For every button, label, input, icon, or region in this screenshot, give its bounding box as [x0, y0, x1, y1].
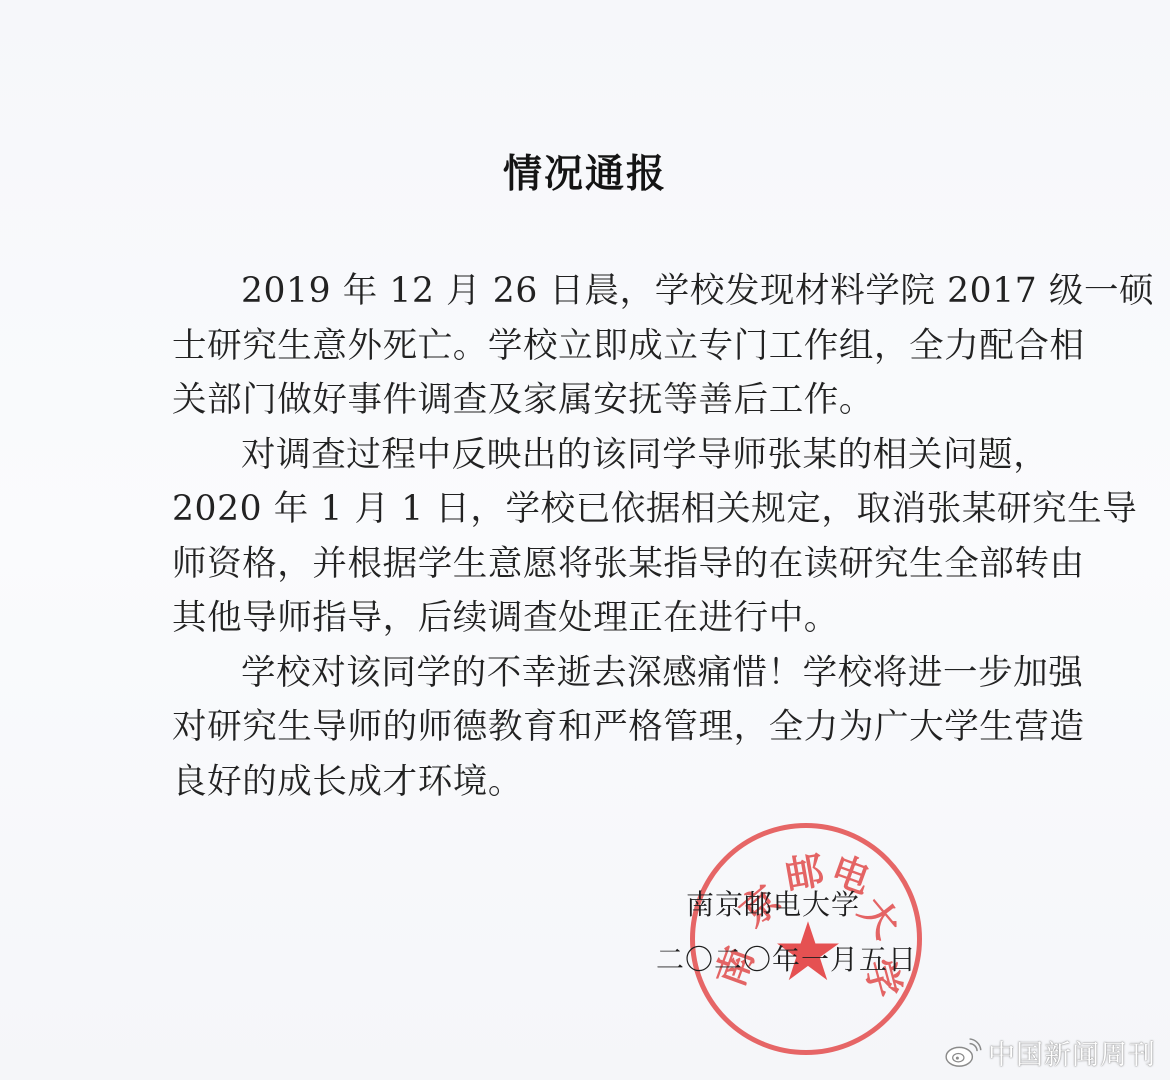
document-body: 2019 年 12 月 26 日晨，学校发现材料学院 2017 级一硕 士研究生…: [172, 264, 1000, 809]
text-line: 对调查过程中反映出的该同学导师张某的相关问题，: [172, 428, 1000, 483]
paragraph-1: 2019 年 12 月 26 日晨，学校发现材料学院 2017 级一硕 士研究生…: [172, 264, 1000, 428]
text-line: 其他导师指导，后续调查处理正在进行中。: [172, 591, 1000, 646]
document-title: 情况通报: [0, 146, 1170, 202]
signature-date: 二〇二〇年一月五日: [656, 938, 956, 978]
text-line: 2020 年 1 月 1 日，学校已依据相关规定，取消张某研究生导: [172, 482, 1000, 537]
text-line: 关部门做好事件调查及家属安抚等善后工作。: [172, 373, 1000, 428]
watermark: 中国新闻周刊: [944, 1033, 1156, 1072]
watermark-text: 中国新闻周刊: [988, 1033, 1156, 1072]
signature-organization: 南京邮电大学: [686, 883, 986, 923]
paragraph-3: 学校对该同学的不幸逝去深感痛惜！学校将进一步加强 对研究生导师的师德教育和严格管…: [172, 646, 1000, 810]
text-line: 师资格，并根据学生意愿将张某指导的在读研究生全部转由: [172, 537, 1000, 592]
text-line: 对研究生导师的师德教育和严格管理，全力为广大学生营造: [172, 700, 1000, 755]
document-page: 情况通报 2019 年 12 月 26 日晨，学校发现材料学院 2017 级一硕…: [0, 0, 1170, 1080]
paragraph-2: 对调查过程中反映出的该同学导师张某的相关问题， 2020 年 1 月 1 日，学…: [172, 428, 1000, 646]
text-line: 学校对该同学的不幸逝去深感痛惜！学校将进一步加强: [172, 646, 1000, 701]
text-line: 2019 年 12 月 26 日晨，学校发现材料学院 2017 级一硕: [172, 264, 1000, 319]
weibo-icon: [944, 1038, 982, 1068]
text-line: 良好的成长成才环境。: [172, 755, 1000, 810]
text-line: 士研究生意外死亡。学校立即成立专门工作组，全力配合相: [172, 319, 1000, 374]
